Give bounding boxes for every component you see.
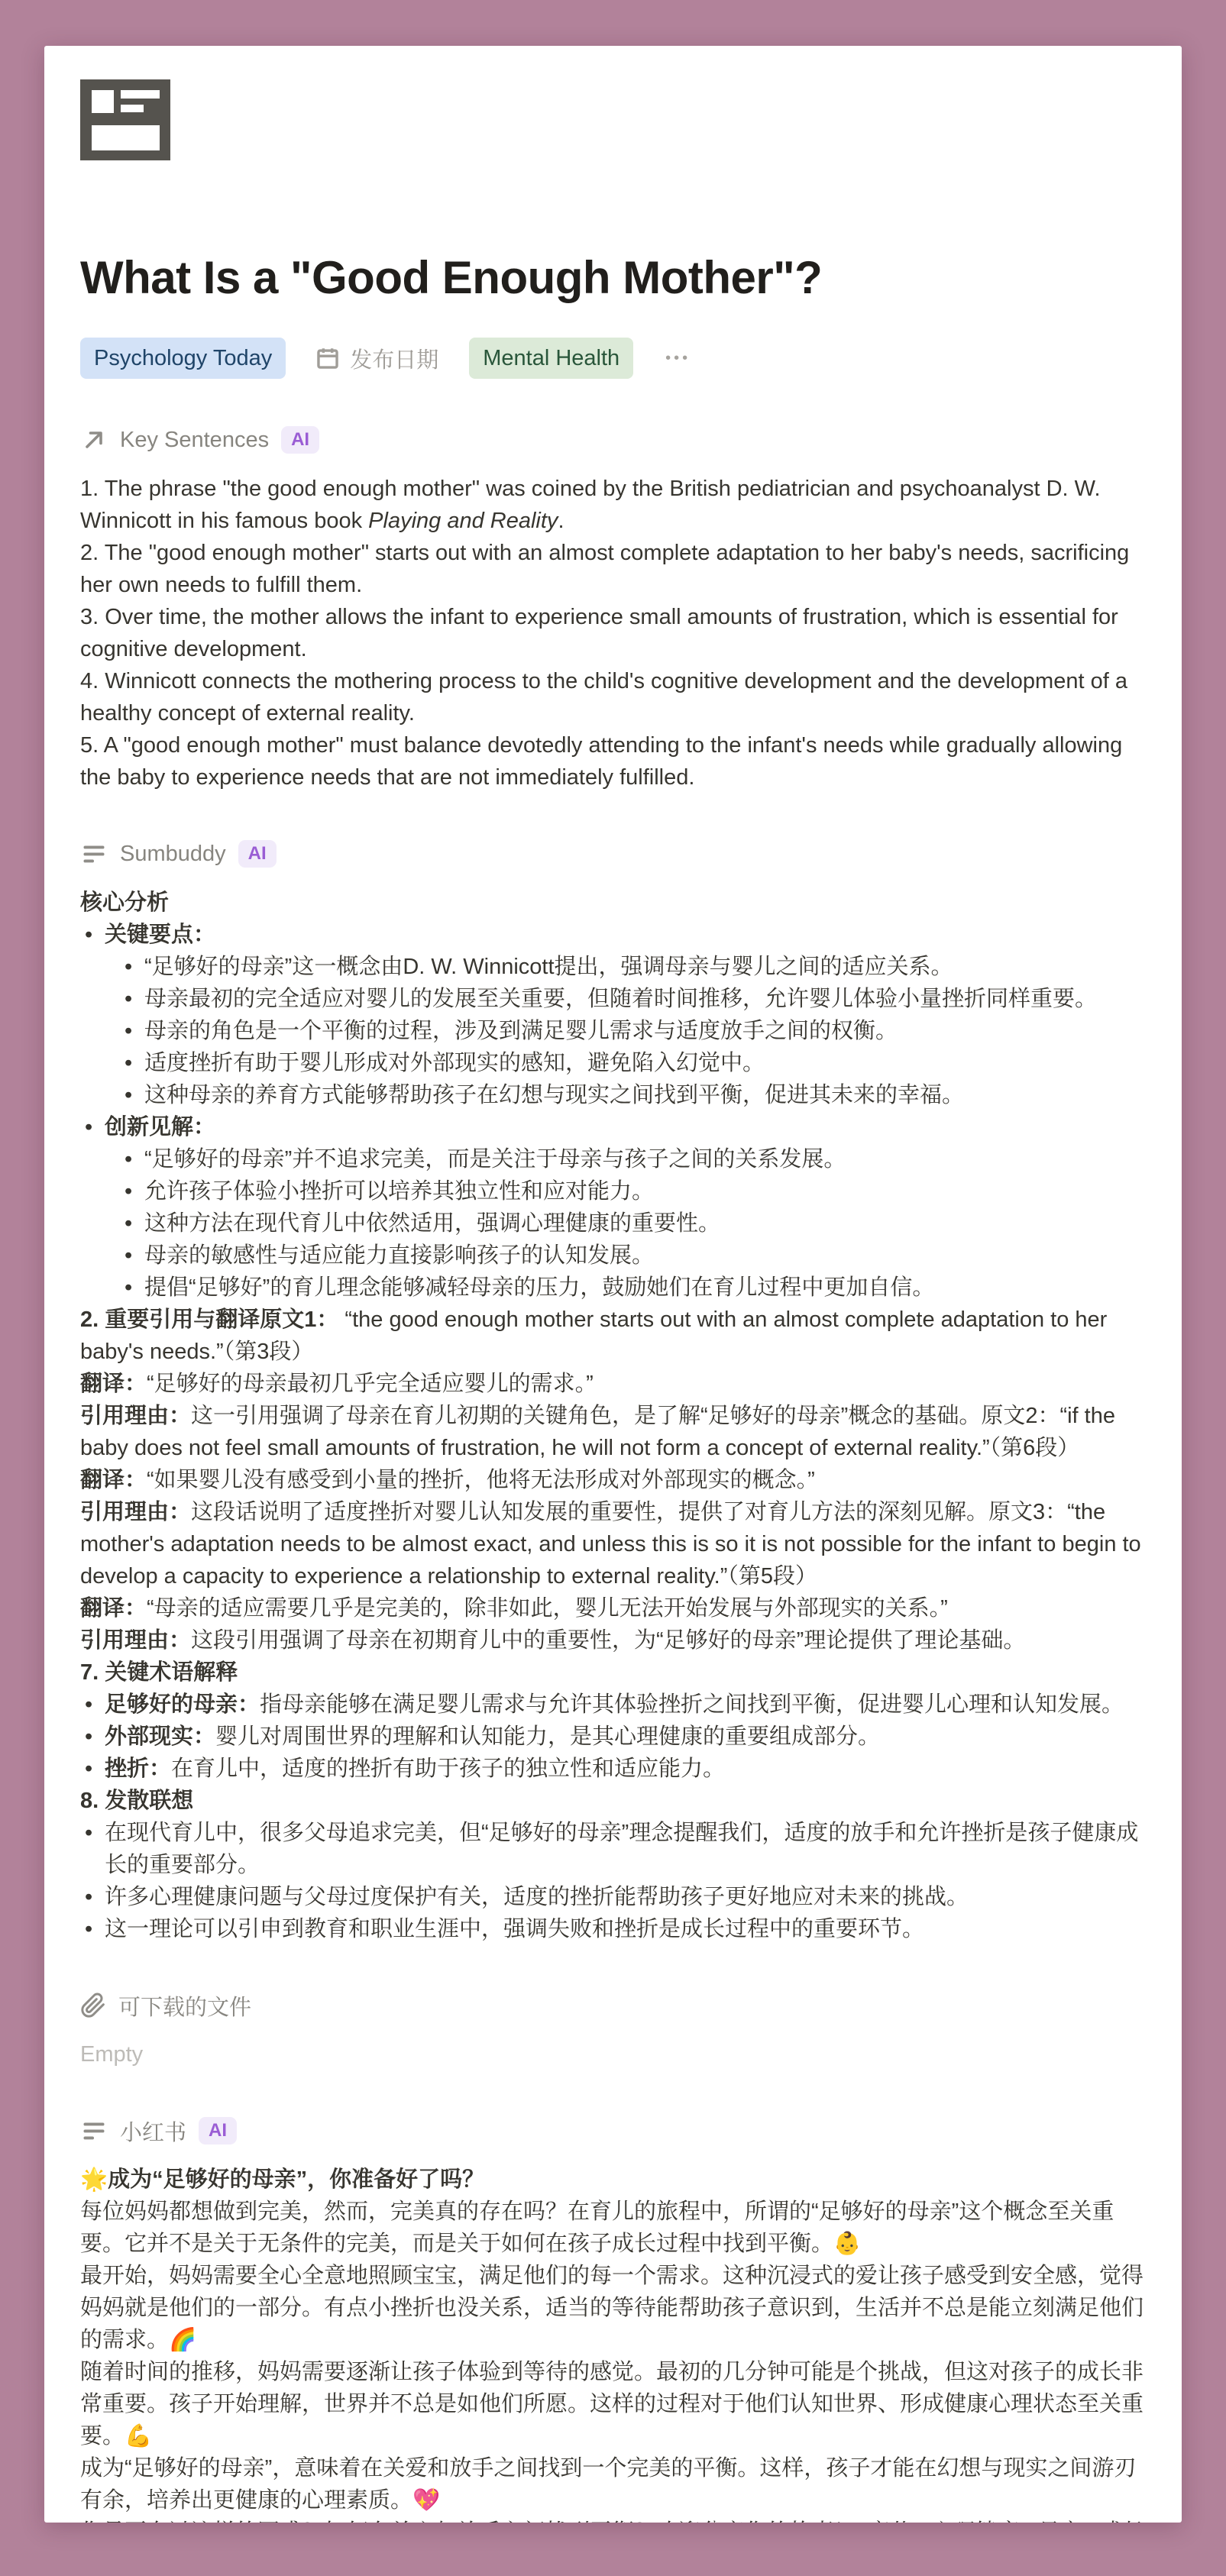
bullet-marker: • [85, 1817, 105, 1881]
section-downloads: 可下载的文件 Empty [80, 1989, 1146, 2070]
paragraph: 2. The "good enough mother" starts out w… [80, 537, 1146, 601]
text-run: 翻译：“母亲的适应需要几乎是完美的，除非如此，婴儿无法开始发展与外部现实的关系。… [80, 1596, 948, 1621]
text-run: 外部现实：婴儿对周围世界的理解和认知能力，是其心理健康的重要组成部分。 [105, 1721, 1146, 1753]
section-sumbuddy: Sumbuddy AI 核心分析•关键要点：•“足够好的母亲”这一概念由D. W… [80, 838, 1146, 1945]
page-title[interactable]: What Is a "Good Enough Mother"? [80, 250, 1146, 306]
list-item: •“足够好的母亲”并不追求完美，而是关注于母亲与孩子之间的关系发展。 [80, 1143, 1146, 1175]
text-run: 创新见解： [105, 1111, 1146, 1143]
downloads-empty-placeholder[interactable]: Empty [80, 2038, 1146, 2070]
text-run: 随着时间的推移，妈妈需要逐渐让孩子体验到等待的感觉。最初的几分钟可能是个挑战，但… [80, 2360, 1144, 2448]
text-run: 2. The "good enough mother" starts out w… [80, 541, 1129, 597]
text-run: 每位妈妈都想做到完美，然而，完美真的存在吗？在育儿的旅程中，所谓的“足够好的母亲… [80, 2199, 1114, 2256]
paragraph: 4. Winnicott connects the mothering proc… [80, 665, 1146, 729]
list-item: •许多心理健康问题与父母过度保护有关，适度的挫折能帮助孩子更好地应对未来的挑战。 [80, 1881, 1146, 1913]
bullet-marker: • [85, 1881, 105, 1913]
page-card: What Is a "Good Enough Mother"? Psycholo… [44, 46, 1182, 2523]
text-run: 成为“足够好的母亲”，意味着在关爱和放手之间找到一个完美的平衡。这样，孩子才能在… [80, 2456, 1136, 2513]
text-run: 这种母亲的养育方式能够帮助孩子在幻想与现实之间找到平衡，促进其未来的幸福。 [144, 1079, 1146, 1111]
paragraph: 1. The phrase "the good enough mother" w… [80, 473, 1146, 537]
paragraph: 引用理由：这一引用强调了母亲在育儿初期的关键角色，是了解“足够好的母亲”概念的基… [80, 1400, 1146, 1464]
key-sentences-label: Key Sentences [120, 428, 269, 453]
text-run: 这种方法在现代育儿中依然适用，强调心理健康的重要性。 [144, 1207, 1146, 1240]
xiaohongshu-content: 🌟成为“足够好的母亲”，你准备好了吗？每位妈妈都想做到完美，然而，完美真的存在吗… [80, 2164, 1146, 2523]
bullet-marker: • [85, 1721, 105, 1753]
text-run: 允许孩子体验小挫折可以培养其独立性和应对能力。 [144, 1175, 1146, 1207]
list-item: •这一理论可以引申到教育和职业生涯中，强调失败和挫折是成长过程中的重要环节。 [80, 1913, 1146, 1945]
text-run: 2. 重要引用与翻译原文1： “the good enough mother s… [80, 1307, 1107, 1364]
list-item: •在现代育儿中，很多父母追求完美，但“足够好的母亲”理念提醒我们，适度的放手和允… [80, 1817, 1146, 1881]
paragraph: 成为“足够好的母亲”，意味着在关爱和放手之间找到一个完美的平衡。这样，孩子才能在… [80, 2452, 1146, 2516]
property-row: Psychology Today 发布日期 Mental Health ••• [80, 337, 1146, 380]
paragraph: 随着时间的推移，妈妈需要逐渐让孩子体验到等待的感觉。最初的几分钟可能是个挑战，但… [80, 2356, 1146, 2452]
text-run: 7. 关键术语解释 [80, 1660, 238, 1685]
paragraph: 引用理由：这段引用强调了母亲在初期育儿中的重要性，为“足够好的母亲”理论提供了理… [80, 1624, 1146, 1656]
tag-mental-health[interactable]: Mental Health [469, 338, 633, 379]
downloads-label: 可下载的文件 [118, 1990, 251, 2022]
downloads-header[interactable]: 可下载的文件 [80, 1989, 1146, 2022]
paragraph: 每位妈妈都想做到完美，然而，完美真的存在吗？在育儿的旅程中，所谓的“足够好的母亲… [80, 2196, 1146, 2260]
text-run: 母亲的角色是一个平衡的过程，涉及到满足婴儿需求与适度放手之间的权衡。 [144, 1015, 1146, 1047]
text-run: 适度挫折有助于婴儿形成对外部现实的感知，避免陷入幻觉中。 [144, 1047, 1146, 1079]
text-run: 8. 发散联想 [80, 1789, 193, 1813]
text-run: “足够好的母亲”这一概念由D. W. Winnicott提出，强调母亲与婴儿之间… [144, 951, 1146, 983]
bullet-marker: • [125, 1015, 144, 1047]
bullet-marker: • [85, 1111, 105, 1143]
text-run: 引用理由：这段话说明了适度挫折对婴儿认知发展的重要性，提供了对育儿方法的深刻见解… [80, 1500, 1141, 1589]
paragraph: 5. A "good enough mother" must balance d… [80, 729, 1146, 793]
list-item: •挫折：在育儿中，适度的挫折有助于孩子的独立性和适应能力。 [80, 1753, 1146, 1785]
paperclip-icon [80, 1993, 106, 2018]
paragraph: 翻译：“足够好的母亲最初几乎完全适应婴儿的需求。” [80, 1368, 1146, 1400]
text-run: 在现代育儿中，很多父母追求完美，但“足够好的母亲”理念提醒我们，适度的放手和允许… [105, 1817, 1146, 1881]
paragraph: 翻译：“母亲的适应需要几乎是完美的，除非如此，婴儿无法开始发展与外部现实的关系。… [80, 1592, 1146, 1624]
text-run: 足够好的母亲：指母亲能够在满足婴儿需求与允许其体验挫折之间找到平衡，促进婴儿心理… [105, 1689, 1146, 1721]
paragraph: 引用理由：这段话说明了适度挫折对婴儿认知发展的重要性，提供了对育儿方法的深刻见解… [80, 1496, 1146, 1592]
ai-badge: AI [238, 840, 277, 868]
sumbuddy-label: Sumbuddy [120, 842, 226, 867]
bullet-marker: • [125, 1207, 144, 1240]
newspaper-icon [80, 79, 170, 160]
paragraph: 7. 关键术语解释 [80, 1656, 1146, 1689]
list-item: •这种母亲的养育方式能够帮助孩子在幻想与现实之间找到平衡，促进其未来的幸福。 [80, 1079, 1146, 1111]
bullet-marker: • [125, 1240, 144, 1272]
list-item: •创新见解： [80, 1111, 1146, 1143]
bullet-marker: • [125, 951, 144, 983]
paragraph: 核心分析 [80, 887, 1146, 919]
calendar-icon [315, 345, 341, 371]
paragraph: 2. 重要引用与翻译原文1： “the good enough mother s… [80, 1304, 1146, 1368]
paragraph: 8. 发散联想 [80, 1785, 1146, 1817]
tag-psychology-today[interactable]: Psychology Today [80, 338, 286, 379]
bullet-marker: • [125, 1272, 144, 1304]
list-item: •母亲的敏感性与适应能力直接影响孩子的认知发展。 [80, 1240, 1146, 1272]
list-item: •关键要点： [80, 919, 1146, 951]
text-run: 提倡“足够好”的育儿理念能够减轻母亲的压力，鼓励她们在育儿过程中更加自信。 [144, 1272, 1146, 1304]
list-item: •外部现实：婴儿对周围世界的理解和认知能力，是其心理健康的重要组成部分。 [80, 1721, 1146, 1753]
text-run: 5. A "good enough mother" must balance d… [80, 733, 1122, 790]
xiaohongshu-label: 小红书 [120, 2115, 186, 2147]
text-run: 核心分析 [80, 890, 169, 915]
text-run: 4. Winnicott connects the mothering proc… [80, 669, 1127, 726]
text-run: 引用理由：这一引用强调了母亲在育儿初期的关键角色，是了解“足够好的母亲”概念的基… [80, 1404, 1115, 1460]
bullet-marker: • [125, 1175, 144, 1207]
bullet-marker: • [125, 983, 144, 1015]
text-run: 母亲的敏感性与适应能力直接影响孩子的认知发展。 [144, 1240, 1146, 1272]
section-xiaohongshu: 小红书 AI 🌟成为“足够好的母亲”，你准备好了吗？每位妈妈都想做到完美，然而，… [80, 2115, 1146, 2523]
arrow-up-right-icon [80, 426, 108, 454]
paragraph: 最开始，妈妈需要全心全意地照顾宝宝，满足他们的每一个需求。这种沉浸式的爱让孩子感… [80, 2260, 1146, 2356]
publish-date-property[interactable]: 发布日期 [315, 343, 438, 374]
publish-date-label: 发布日期 [350, 343, 438, 374]
key-sentences-content: 1. The phrase "the good enough mother" w… [80, 473, 1146, 793]
text-lines-icon [80, 2117, 108, 2145]
text-run: 3. Over time, the mother allows the infa… [80, 605, 1118, 661]
ai-badge: AI [199, 2117, 237, 2145]
text-run: 引用理由：这段引用强调了母亲在初期育儿中的重要性，为“足够好的母亲”理论提供了理… [80, 1628, 1025, 1653]
bullet-marker: • [125, 1079, 144, 1111]
text-run: 翻译：“如果婴儿没有感受到小量的挫折，他将无法形成对外部现实的概念。” [80, 1468, 815, 1492]
bullet-marker: • [125, 1047, 144, 1079]
list-item: •适度挫折有助于婴儿形成对外部现实的感知，避免陷入幻觉中。 [80, 1047, 1146, 1079]
text-lines-icon [80, 840, 108, 868]
ai-badge: AI [281, 426, 319, 454]
bullet-marker: • [85, 919, 105, 951]
text-run: 你是否有过这样的困惑？如何在关心与放手之间找到平衡？欢迎分享你的故事！#育儿 #… [80, 2520, 1145, 2523]
sumbuddy-header[interactable]: Sumbuddy AI [80, 838, 1146, 870]
text-run: 翻译：“足够好的母亲最初几乎完全适应婴儿的需求。” [80, 1372, 594, 1396]
xiaohongshu-header[interactable]: 小红书 AI [80, 2115, 1146, 2147]
text-run: 这一理论可以引申到教育和职业生涯中，强调失败和挫折是成长过程中的重要环节。 [105, 1913, 1146, 1945]
section-key-sentences: Key Sentences AI 1. The phrase "the good… [80, 424, 1146, 793]
page-icon[interactable] [80, 79, 170, 164]
list-item: •母亲的角色是一个平衡的过程，涉及到满足婴儿需求与适度放手之间的权衡。 [80, 1015, 1146, 1047]
text-run: 许多心理健康问题与父母过度保护有关，适度的挫折能帮助孩子更好地应对未来的挑战。 [105, 1881, 1146, 1913]
bullet-marker: • [125, 1143, 144, 1175]
text-run: 1. The phrase "the good enough mother" w… [80, 477, 1101, 533]
paragraph: 翻译：“如果婴儿没有感受到小量的挫折，他将无法形成对外部现实的概念。” [80, 1464, 1146, 1496]
list-item: •允许孩子体验小挫折可以培养其独立性和应对能力。 [80, 1175, 1146, 1207]
text-run: 🌟成为“足够好的母亲”，你准备好了吗？ [80, 2167, 484, 2192]
bullet-marker: • [85, 1913, 105, 1945]
key-sentences-header[interactable]: Key Sentences AI [80, 424, 1146, 456]
list-item: •这种方法在现代育儿中依然适用，强调心理健康的重要性。 [80, 1207, 1146, 1240]
list-item: •足够好的母亲：指母亲能够在满足婴儿需求与允许其体验挫折之间找到平衡，促进婴儿心… [80, 1689, 1146, 1721]
paragraph: 🌟成为“足够好的母亲”，你准备好了吗？ [80, 2164, 1146, 2196]
paragraph: 3. Over time, the mother allows the infa… [80, 601, 1146, 665]
paragraph: 你是否有过这样的困惑？如何在关心与放手之间找到平衡？欢迎分享你的故事！#育儿 #… [80, 2516, 1146, 2523]
bullet-marker: • [85, 1753, 105, 1785]
list-item: •“足够好的母亲”这一概念由D. W. Winnicott提出，强调母亲与婴儿之… [80, 951, 1146, 983]
text-run: 挫折：在育儿中，适度的挫折有助于孩子的独立性和适应能力。 [105, 1753, 1146, 1785]
text-run: 关键要点： [105, 919, 1146, 951]
text-run: “足够好的母亲”并不追求完美，而是关注于母亲与孩子之间的关系发展。 [144, 1143, 1146, 1175]
sumbuddy-content: 核心分析•关键要点：•“足够好的母亲”这一概念由D. W. Winnicott提… [80, 887, 1146, 1945]
text-run: 最开始，妈妈需要全心全意地照顾宝宝，满足他们的每一个需求。这种沉浸式的爱让孩子感… [80, 2264, 1144, 2352]
more-properties-button[interactable]: ••• [659, 345, 697, 372]
text-run: 母亲最初的完全适应对婴儿的发展至关重要，但随着时间推移，允许婴儿体验小量挫折同样… [144, 983, 1146, 1015]
list-item: •提倡“足够好”的育儿理念能够减轻母亲的压力，鼓励她们在育儿过程中更加自信。 [80, 1272, 1146, 1304]
list-item: •母亲最初的完全适应对婴儿的发展至关重要，但随着时间推移，允许婴儿体验小量挫折同… [80, 983, 1146, 1015]
bullet-marker: • [85, 1689, 105, 1721]
